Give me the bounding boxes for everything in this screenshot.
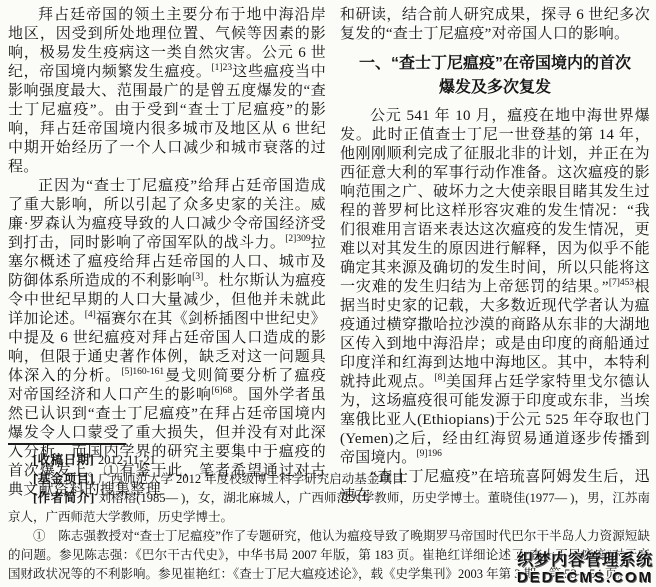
watermark-chinese-text: 织梦内容管理系统 <box>517 553 653 570</box>
footnote-separator <box>8 443 126 445</box>
footnote-received-date: [收稿日期] 2012-11-21 <box>8 451 650 470</box>
dedecms-watermark: 织梦内容管理系统 DEDECMS.COM <box>517 553 653 586</box>
section-heading-line2: 爆发及多次复发 <box>340 76 650 100</box>
right-column: 和研读，结合前人研究成果，探寻 6 世纪多次复发的“查士丁尼瘟疫”对帝国人口的影… <box>340 6 650 506</box>
footnote-author-bio: [作者简介] 刘榕榕(1985— )，女，湖北麻城人，广西师范大学教师，历史学博… <box>8 489 650 527</box>
left-column: 拜占廷帝国的领土主要分布于地中海沿岸地区，因受到所处地理位置、气候等因素的影响，… <box>8 6 326 506</box>
journal-article-page: 拜占廷帝国的领土主要分布于地中海沿岸地区，因受到所处地理位置、气候等因素的影响，… <box>0 0 656 587</box>
watermark-domain-text: DEDECMS.COM <box>517 570 653 586</box>
section-heading-line1: 一、“查士丁尼瘟疫”在帝国境内的首次 <box>340 52 650 76</box>
paragraph-intro-continued: 和研读，结合前人研究成果，探寻 6 世纪多次复发的“查士丁尼瘟疫”对帝国人口的影… <box>340 6 650 44</box>
paragraph-intro: 拜占廷帝国的领土主要分布于地中海沿岸地区，因受到所处地理位置、气候等因素的影响，… <box>8 6 326 177</box>
paragraph-outbreak-541: 公元 541 年 10 月，瘟疫在地中海世界爆发。此时正值查士丁尼一世登基的第 … <box>340 107 650 468</box>
section-heading: 一、“查士丁尼瘟疫”在帝国境内的首次 爆发及多次复发 <box>340 52 650 100</box>
two-column-text-area: 拜占廷帝国的领土主要分布于地中海沿岸地区，因受到所处地理位置、气候等因素的影响，… <box>0 0 656 506</box>
footnote-fund-project: [基金项目] 广西师范大学 2012 年度校级博士科学研究启动基金项目 <box>8 470 650 489</box>
